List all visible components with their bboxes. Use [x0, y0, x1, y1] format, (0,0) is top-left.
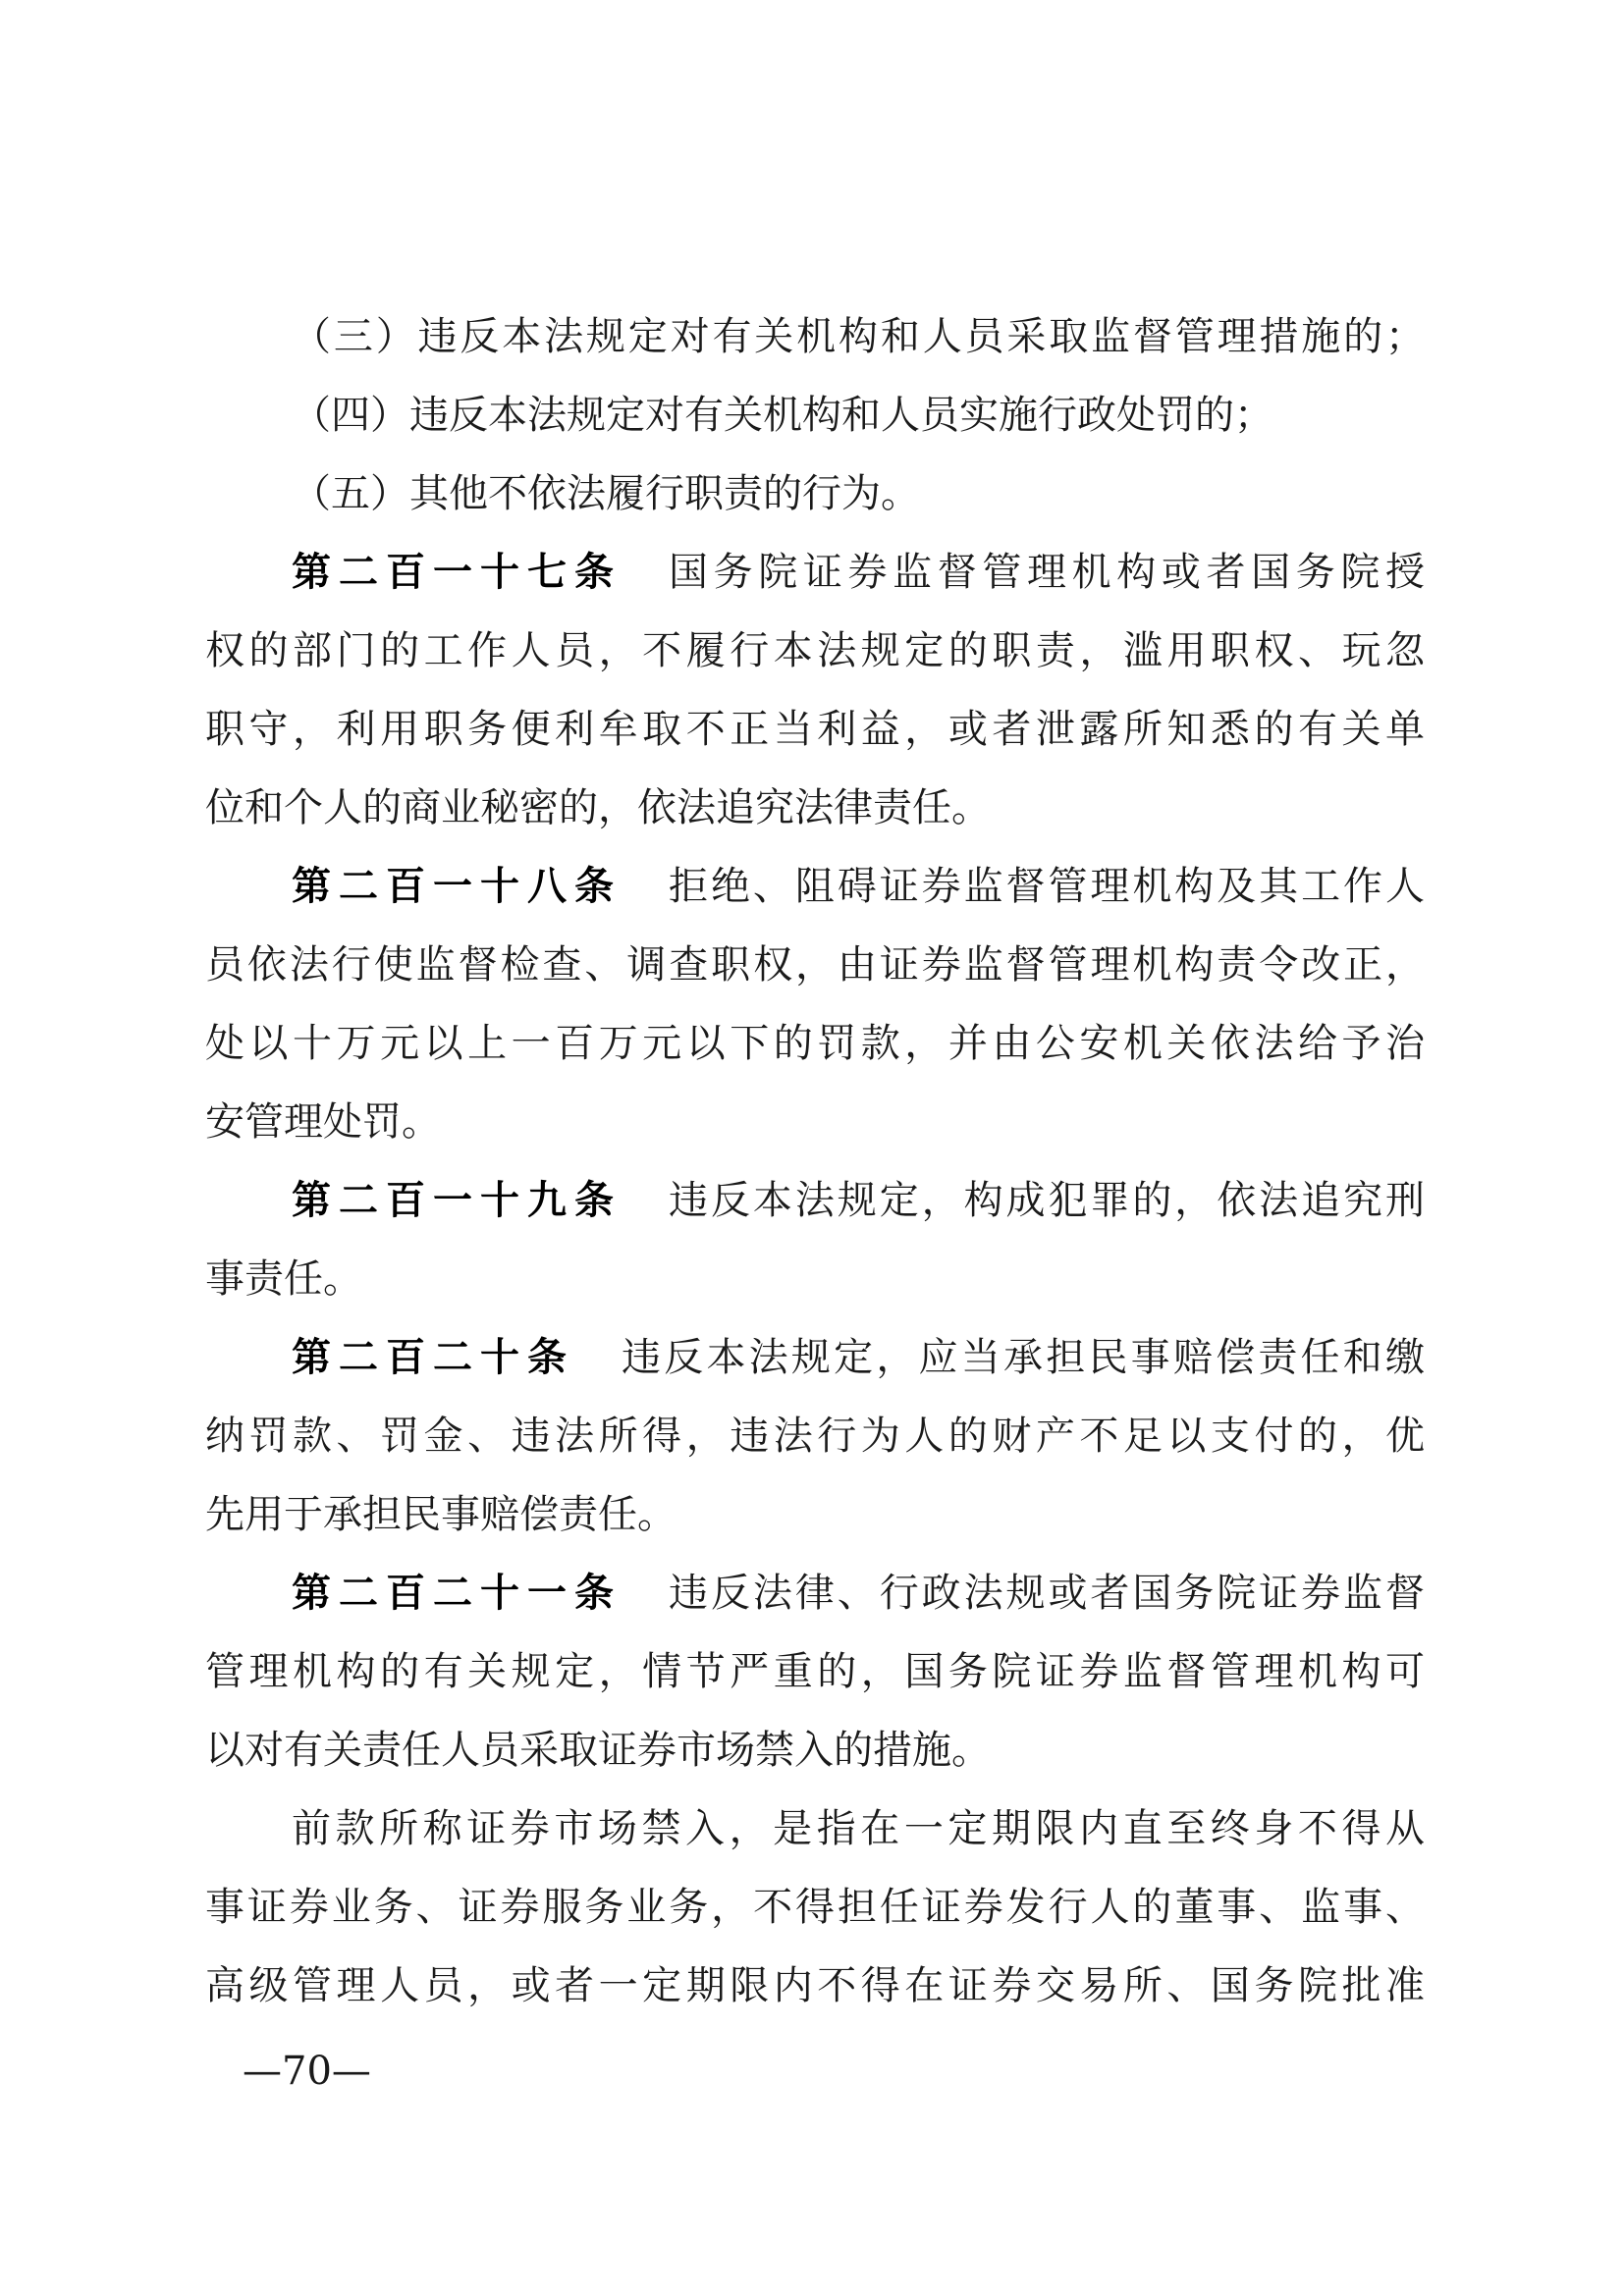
article-heading: 第二百一十七条: [292, 533, 622, 612]
article-line: 安管理处罚。: [205, 1083, 1425, 1161]
page-number: —70—: [243, 2050, 371, 2093]
article-text: 违反本法规定，构成犯罪的，依法追究刑: [669, 1161, 1425, 1240]
article-line: 职守，利用职务便利牟取不正当利益，或者泄露所知悉的有关单: [205, 690, 1425, 769]
article-text: 国务院证券监督管理机构或者国务院授: [669, 533, 1425, 612]
clause-line: （四）违反本法规定对有关机构和人员实施行政处罚的；: [205, 376, 1425, 454]
clause-line: （五）其他不依法履行职责的行为。: [205, 454, 1425, 533]
clause-line: （三）违反本法规定对有关机构和人员采取监督管理措施的；: [205, 297, 1425, 376]
clause-line: 前款所称证券市场禁入，是指在一定期限内直至终身不得从: [205, 1789, 1425, 1868]
article-line: 第二百一十八条拒绝、阻碍证券监督管理机构及其工作人: [205, 847, 1425, 926]
article-line: 先用于承担民事赔偿责任。: [205, 1475, 1425, 1554]
article-line: 管理机构的有关规定，情节严重的，国务院证券监督管理机构可: [205, 1632, 1425, 1711]
article-line: 事责任。: [205, 1240, 1425, 1318]
body-text: （三）违反本法规定对有关机构和人员采取监督管理措施的；（四）违反本法规定对有关机…: [205, 297, 1425, 2025]
article-line: 第二百二十条违反本法规定，应当承担民事赔偿责任和缴: [205, 1318, 1425, 1397]
article-line: 第二百一十九条违反本法规定，构成犯罪的，依法追究刑: [205, 1161, 1425, 1240]
article-heading: 第二百二十条: [292, 1318, 574, 1397]
clause-line: 事证券业务、证券服务业务，不得担任证券发行人的董事、监事、: [205, 1868, 1425, 1947]
article-text: 违反法律、行政法规或者国务院证券监督: [669, 1554, 1425, 1632]
article-line: 纳罚款、罚金、违法所得，违法行为人的财产不足以支付的，优: [205, 1397, 1425, 1475]
article-line: 位和个人的商业秘密的，依法追究法律责任。: [205, 769, 1425, 847]
article-heading: 第二百一十八条: [292, 847, 622, 926]
article-heading: 第二百二十一条: [292, 1554, 622, 1632]
article-text: 违反本法规定，应当承担民事赔偿责任和缴: [622, 1318, 1425, 1397]
article-line: 第二百一十七条国务院证券监督管理机构或者国务院授: [205, 533, 1425, 612]
article-line: 处以十万元以上一百万元以下的罚款，并由公安机关依法给予治: [205, 1004, 1425, 1083]
article-line: 第二百二十一条违反法律、行政法规或者国务院证券监督: [205, 1554, 1425, 1632]
article-heading: 第二百一十九条: [292, 1161, 622, 1240]
article-line: 员依法行使监督检查、调查职权，由证券监督管理机构责令改正，: [205, 926, 1425, 1004]
article-text: 拒绝、阻碍证券监督管理机构及其工作人: [669, 847, 1425, 926]
clause-line: 高级管理人员，或者一定期限内不得在证券交易所、国务院批准: [205, 1947, 1425, 2025]
article-line: 以对有关责任人员采取证券市场禁入的措施。: [205, 1711, 1425, 1789]
article-line: 权的部门的工作人员，不履行本法规定的职责，滥用职权、玩忽: [205, 612, 1425, 690]
document-page: （三）违反本法规定对有关机构和人员采取监督管理措施的；（四）违反本法规定对有关机…: [0, 0, 1624, 2296]
